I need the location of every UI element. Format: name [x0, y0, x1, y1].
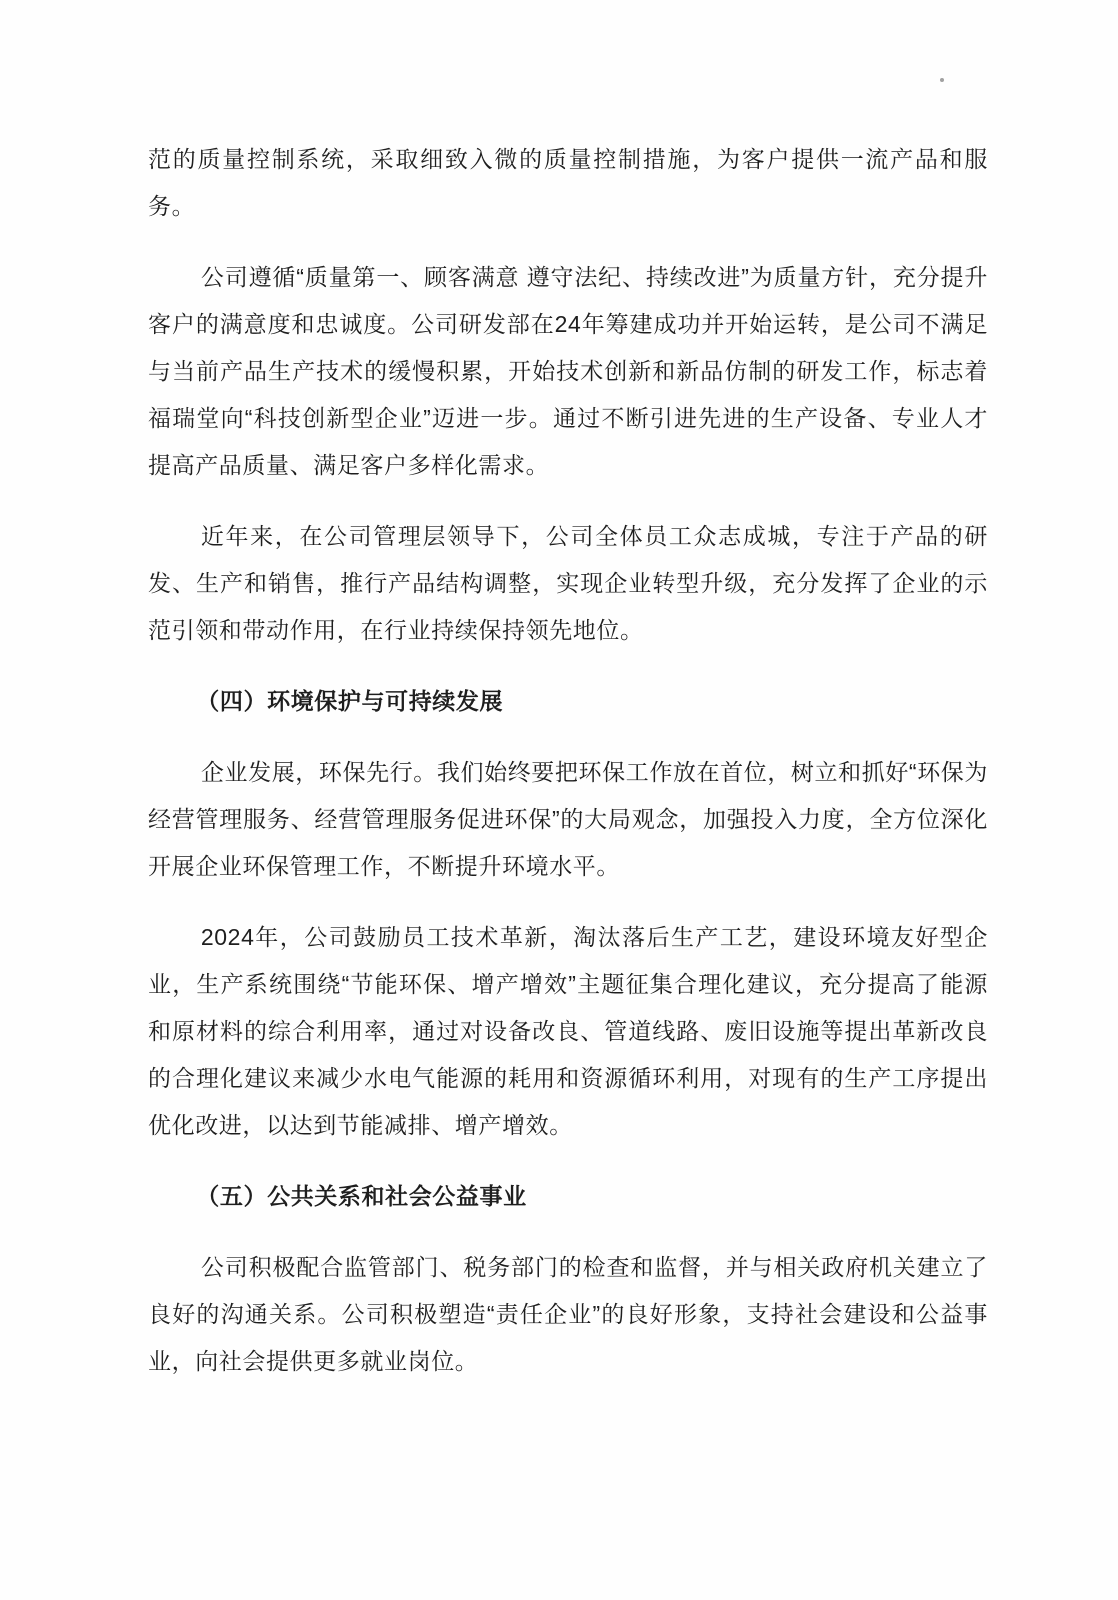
paragraph-quality-policy: 公司遵循“质量第一、顾客满意 遵守法纪、持续改进”为质量方针，充分提升客户的满意…	[148, 254, 988, 489]
scan-artifact-dot	[940, 78, 944, 82]
paragraph-recent-years: 近年来，在公司管理层领导下，公司全体员工众志成城，专注于产品的研发、生产和销售，…	[148, 513, 988, 654]
paragraph-continuation-quality-control: 范的质量控制系统，采取细致入微的质量控制措施，为客户提供一流产品和服务。	[148, 136, 988, 230]
section-heading-public-relations: （五）公共关系和社会公益事业	[148, 1173, 988, 1220]
document-page: 范的质量控制系统，采取细致入微的质量控制措施，为客户提供一流产品和服务。 公司遵…	[0, 0, 1118, 1600]
paragraph-public-relations: 公司积极配合监管部门、税务部门的检查和监督，并与相关政府机关建立了良好的沟通关系…	[148, 1244, 988, 1385]
paragraph-environment-first: 企业发展，环保先行。我们始终要把环保工作放在首位，树立和抓好“环保为经营管理服务…	[148, 749, 988, 890]
paragraph-2024-energy-saving: 2024年，公司鼓励员工技术革新，淘汰落后生产工艺，建设环境友好型企业，生产系统…	[148, 914, 988, 1149]
section-heading-environment: （四）环境保护与可持续发展	[148, 678, 988, 725]
document-text-block: 范的质量控制系统，采取细致入微的质量控制措施，为客户提供一流产品和服务。 公司遵…	[148, 136, 988, 1409]
